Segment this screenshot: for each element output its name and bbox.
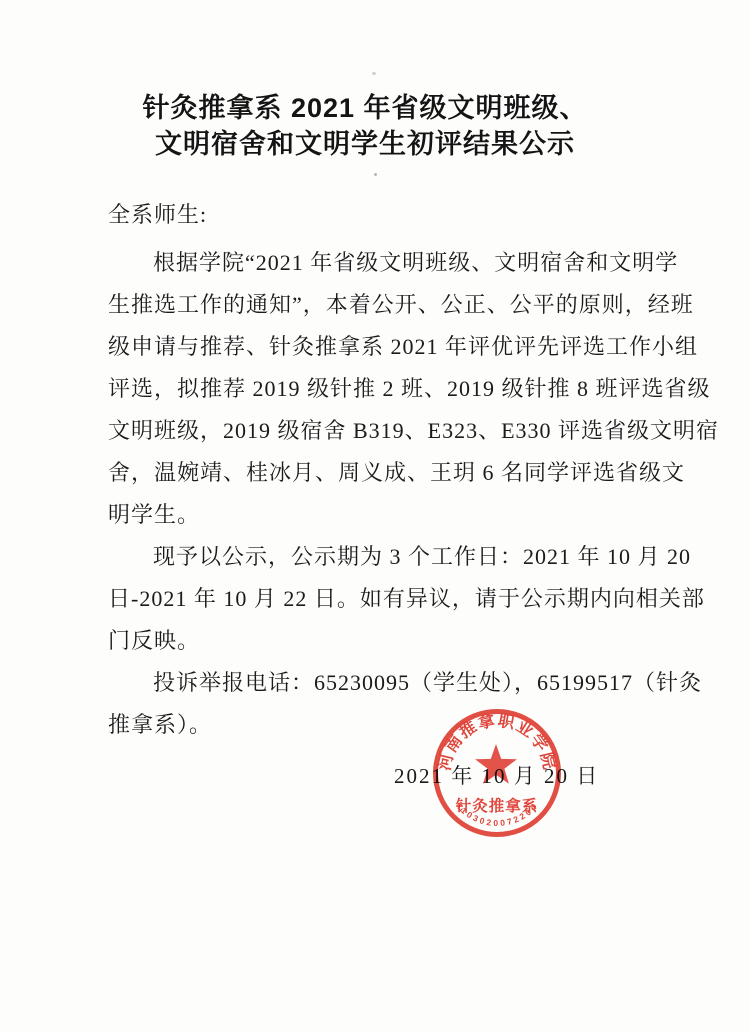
paragraph-3: 投诉举报电话：65230095（学生处），65199517（针灸 推拿系）。 bbox=[108, 662, 648, 746]
paragraph-line: 生推选工作的通知”，本着公开、公正、公平的原则，经班 bbox=[108, 284, 648, 326]
paragraph-line: 文明班级，2019 级宿舍 B319、E323、E330 评选省级文明宿 bbox=[108, 410, 648, 452]
paragraph-line: 投诉举报电话：65230095（学生处），65199517（针灸 bbox=[108, 662, 648, 704]
paragraph-line: 推拿系）。 bbox=[108, 704, 648, 746]
page-title: 针灸推拿系 2021 年省级文明班级、 文明宿舍和文明学生初评结果公示 bbox=[10, 90, 720, 162]
paragraph-line: 级申请与推荐、针灸推拿系 2021 年评优评先评选工作小组 bbox=[108, 326, 648, 368]
official-seal: 河南推拿职业学院 针灸推拿系 4103020072204 bbox=[430, 706, 564, 840]
document-body: 全系师生: 根据学院“2021 年省级文明班级、文明宿舍和文明学 生推选工作的通… bbox=[108, 194, 648, 746]
paragraph-line: 评选，拟推荐 2019 级针推 2 班、2019 级针推 8 班评选省级 bbox=[108, 368, 648, 410]
paragraph-line: 明学生。 bbox=[108, 494, 648, 536]
scan-speck bbox=[374, 173, 377, 176]
paragraph-line: 舍，温婉靖、桂冰月、周义成、王玥 6 名同学评选省级文 bbox=[108, 452, 648, 494]
paragraph-1: 根据学院“2021 年省级文明班级、文明宿舍和文明学 生推选工作的通知”，本着公… bbox=[108, 242, 648, 536]
title-line-2: 文明宿舍和文明学生初评结果公示 bbox=[10, 126, 720, 162]
paragraph-line: 日-2021 年 10 月 22 日。如有异议，请于公示期内向相关部 bbox=[108, 578, 648, 620]
scan-speck bbox=[372, 72, 376, 75]
salutation: 全系师生: bbox=[108, 194, 648, 236]
document-page: 针灸推拿系 2021 年省级文明班级、 文明宿舍和文明学生初评结果公示 全系师生… bbox=[0, 0, 750, 1031]
seal-star-icon bbox=[475, 744, 517, 784]
paragraph-line: 现予以公示，公示期为 3 个工作日：2021 年 10 月 20 bbox=[108, 536, 648, 578]
paragraph-line: 根据学院“2021 年省级文明班级、文明宿舍和文明学 bbox=[108, 242, 648, 284]
title-line-1: 针灸推拿系 2021 年省级文明班级、 bbox=[10, 90, 720, 126]
paragraph-2: 现予以公示，公示期为 3 个工作日：2021 年 10 月 20 日-2021 … bbox=[108, 536, 648, 662]
paragraph-line: 门反映。 bbox=[108, 620, 648, 662]
